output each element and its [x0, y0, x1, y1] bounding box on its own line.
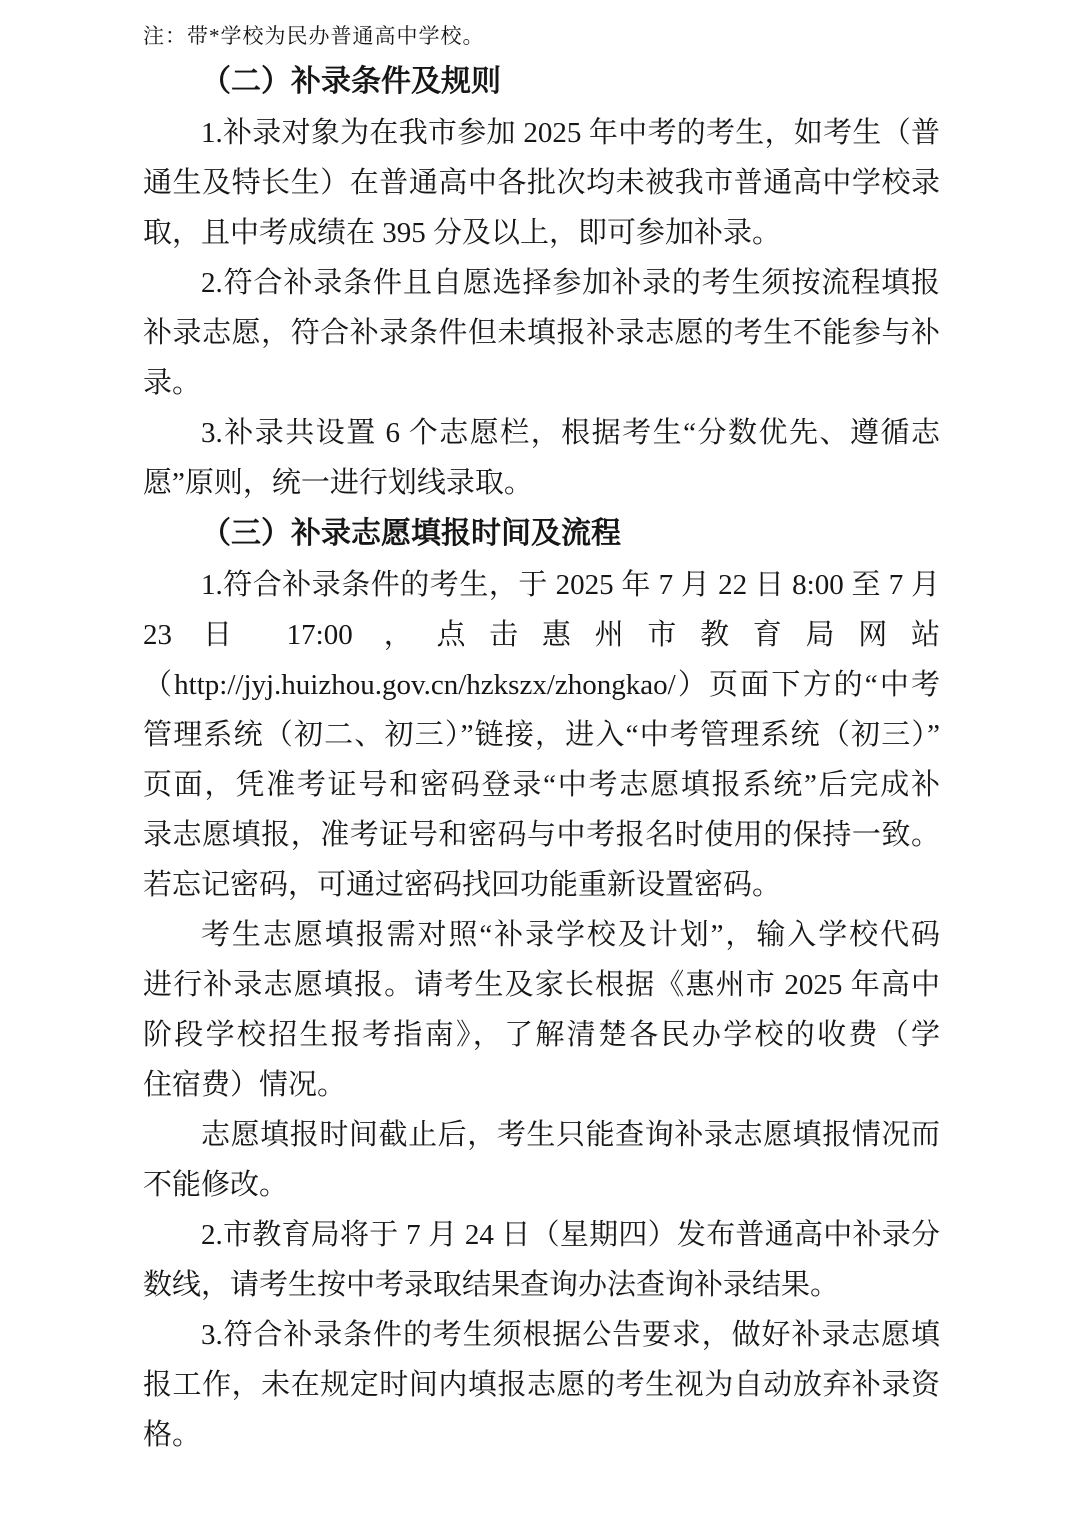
text-line: 录志愿填报，准考证号和密码与中考报名时使用的保持一致。: [143, 810, 940, 860]
text-line: 录。: [143, 358, 940, 408]
text-line: 愿”原则，统一进行划线录取。: [143, 458, 940, 508]
text-line: 进行补录志愿填报。请考生及家长根据《惠州市 2025 年高中: [143, 960, 940, 1010]
text-line: 1.符合补录条件的考生，于 2025 年 7 月 22 日 8:00 至 7 月: [143, 560, 940, 610]
text-line: 考生志愿填报需对照“补录学校及计划”，输入学校代码: [143, 910, 940, 960]
text-line: 格。: [143, 1410, 940, 1460]
text-line: 若忘记密码，可通过密码找回功能重新设置密码。: [143, 860, 940, 910]
document-content: 注：带*学校为民办普通高中学校。 （二）补录条件及规则1.补录对象为在我市参加 …: [143, 16, 940, 1460]
text-line: 补录志愿，符合补录条件但未填报补录志愿的考生不能参与补: [143, 308, 940, 358]
text-line: 通生及特长生）在普通高中各批次均未被我市普通高中学校录: [143, 158, 940, 208]
text-line: 数线，请考生按中考录取结果查询办法查询补录结果。: [143, 1260, 940, 1310]
text-line: 23 日 17:00 ，点击惠州市教育局网站: [143, 610, 940, 660]
text-line: 管理系统（初二、初三）”链接，进入“中考管理系统（初三）”: [143, 710, 940, 760]
section-heading: （二）补录条件及规则: [143, 56, 940, 108]
text-line: 志愿填报时间截止后，考生只能查询补录志愿填报情况而: [143, 1110, 940, 1160]
footnote: 注：带*学校为民办普通高中学校。: [143, 16, 940, 56]
text-line: 1.补录对象为在我市参加 2025 年中考的考生，如考生（普: [143, 108, 940, 158]
text-line: 3.补录共设置 6 个志愿栏，根据考生“分数优先、遵循志: [143, 408, 940, 458]
document-lines: （二）补录条件及规则1.补录对象为在我市参加 2025 年中考的考生，如考生（普…: [143, 56, 940, 1460]
text-line: 2.符合补录条件且自愿选择参加补录的考生须按流程填报: [143, 258, 940, 308]
text-line: （http://jyj.huizhou.gov.cn/hzkszx/zhongk…: [143, 660, 940, 710]
text-line: 阶段学校招生报考指南》，了解清楚各民办学校的收费（学费、: [143, 1010, 940, 1060]
text-line: 不能修改。: [143, 1160, 940, 1210]
text-line: 页面，凭准考证号和密码登录“中考志愿填报系统”后完成补: [143, 760, 940, 810]
text-line: 3.符合补录条件的考生须根据公告要求，做好补录志愿填: [143, 1310, 940, 1360]
section-heading: （三）补录志愿填报时间及流程: [143, 508, 940, 560]
text-line: 取，且中考成绩在 395 分及以上，即可参加补录。: [143, 208, 940, 258]
text-line: 住宿费）情况。: [143, 1060, 940, 1110]
document-page: 注：带*学校为民办普通高中学校。 （二）补录条件及规则1.补录对象为在我市参加 …: [0, 0, 1080, 1528]
text-line: 2.市教育局将于 7 月 24 日（星期四）发布普通高中补录分: [143, 1210, 940, 1260]
text-line: 报工作，未在规定时间内填报志愿的考生视为自动放弃补录资: [143, 1360, 940, 1410]
